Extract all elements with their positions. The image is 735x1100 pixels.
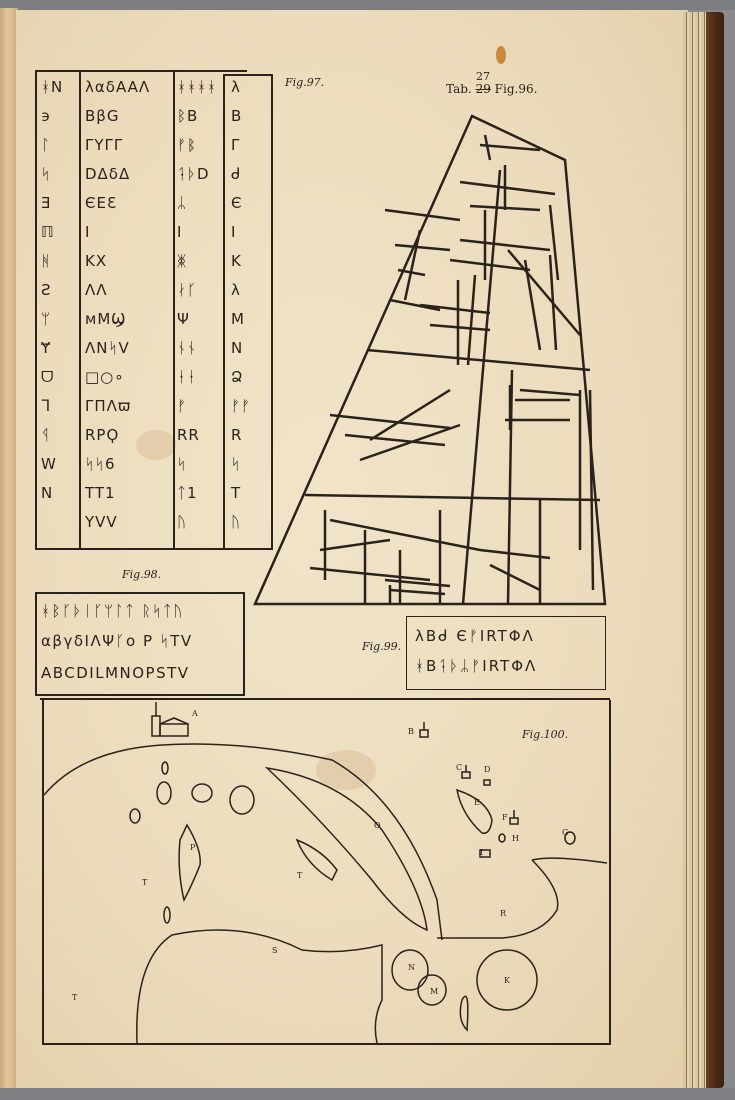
rune-cell: KX [85, 252, 107, 270]
rune-cell: ᚢ [177, 513, 187, 531]
rune-cell: N [41, 484, 53, 502]
rune-cell: B [231, 107, 242, 125]
rune-cell: RR [177, 426, 200, 444]
rune-cell: I [231, 223, 236, 241]
rune-cell: ᛑᚦD [177, 165, 210, 183]
rune-cell: Ձ [231, 368, 243, 386]
tab-prefix: Tab. [446, 82, 472, 96]
scan-background-top [0, 0, 735, 10]
rune-cell: ᚠᛔ [177, 136, 197, 154]
rune-cell: Ǝ [41, 194, 51, 212]
rune-cell: ᗜ [41, 368, 54, 386]
tab-number-corrected: 27 [476, 70, 490, 83]
rune-cell: BβG [85, 107, 120, 125]
fig98-label: Fig.98. [122, 568, 161, 581]
rune-cell: M [231, 310, 245, 328]
column-divider [79, 72, 81, 548]
rune-cell: ᛒB [177, 107, 198, 125]
rune-cell: ᚠ [177, 397, 187, 415]
map-label: F [502, 813, 508, 822]
rune-cell: ΛNᛋV [85, 339, 130, 357]
map-label: G [562, 828, 568, 837]
fig98-row-runes: ᚼᛒᚴᚦᛁᚴᛘᛚᛏ ᚱᛋᛏᚢ [41, 602, 184, 620]
map-label: E [474, 798, 480, 807]
rune-cell: TT1 [85, 484, 116, 502]
rune-cell: I [85, 223, 90, 241]
map-label: N [408, 963, 415, 972]
fig99-label: Fig.99. [362, 640, 401, 653]
rune-cell: ᚽᚽ [177, 368, 197, 386]
rune-cell: ᛤ [177, 252, 187, 270]
rune-cell: λ [231, 78, 241, 96]
map-label: P [190, 843, 196, 852]
rune-cell: ᚻ [41, 252, 51, 270]
fig98-rune-alphabet: ᚼᛒᚴᚦᛁᚴᛘᛚᛏ ᚱᛋᛏᚢ αβγδIΛΨᚴo P ᛋTV ABCDILMNO… [35, 592, 245, 696]
fig98-row-greek: αβγδIΛΨᚴo P ᛋTV [41, 632, 193, 650]
map-label: I [480, 848, 483, 857]
rune-cell: ΛΛ [85, 281, 108, 299]
rune-cell: ΓΠΛϖ [85, 397, 131, 415]
scan-background-bottom [0, 1088, 735, 1100]
rune-cell: ᚢ [231, 513, 241, 531]
rune-cell: ᛚ [41, 136, 51, 154]
rune-cell: K [231, 252, 242, 270]
tab-number-struck: 29 [476, 82, 491, 96]
rune-cell: ΓΥΓΓ [85, 136, 123, 154]
map-label: K [504, 976, 511, 985]
map-label: D [484, 765, 490, 774]
rune-cell: RPϘ [85, 426, 119, 444]
rune-cell: ᛩ [41, 426, 51, 444]
rune-cell: ᛋ [41, 165, 51, 183]
table-frame [35, 70, 247, 550]
rune-cell: Є [231, 194, 242, 212]
rune-cell: Ƨ [41, 281, 52, 299]
map-label: A [191, 709, 198, 718]
fig97-rune-table: ᚼN϶ᛚᛋƎℿᚻƧᛘɎᗜᒣᛩWNλαδAAΛBβGΓΥΓΓDΔδΔЄEƐIKXΛ… [35, 70, 273, 550]
fig99-rune-comparison: λBᑯ ЄᚠIRTΦΛ ᚼBᛑᚦᛦᚠIRTΦΛ [406, 616, 606, 690]
rune-cell: ᑯ [231, 165, 241, 183]
map-label: H [512, 834, 519, 843]
rune-cell: ᛦ [177, 194, 187, 212]
rune-cell: YVV [85, 513, 118, 531]
rune-cell: ᒣ [41, 397, 51, 415]
ink-stain [496, 46, 506, 64]
fig96-label: Fig.96. [495, 82, 538, 96]
rune-cell: T [231, 484, 241, 502]
rune-cell: ᚼᚼᚼᚼ [177, 78, 217, 96]
rune-cell: ᚠᚠ [231, 397, 251, 415]
fig99-row-1: λBᑯ ЄᚠIRTΦΛ [415, 627, 535, 645]
rune-cell: DΔδΔ [85, 165, 130, 183]
rune-cell: Ɏ [41, 339, 51, 357]
rune-cell: ᚾᚾ [177, 339, 197, 357]
rune-cell: ᛋ [231, 455, 241, 473]
rune-cell: ᚼN [41, 78, 63, 96]
map-label: B [408, 727, 414, 736]
fig99-row-2: ᚼBᛑᚦᛦᚠIRTΦΛ [415, 657, 537, 675]
rune-cell: Ψ [177, 310, 190, 328]
rune-cell: W [41, 455, 57, 473]
rune-cell: ᛋ [177, 455, 187, 473]
rune-cell: λαδAAΛ [85, 78, 150, 96]
rune-cell: □○∘ [85, 368, 125, 386]
rune-cell: Γ [231, 136, 240, 154]
map-label: T [297, 871, 303, 880]
plate-header: 27 Tab. 29 Fig.96. [446, 74, 537, 96]
fig100-map-drawing: ABCDEFGHIKMNOPRSTTT [42, 700, 607, 1043]
column-divider [173, 72, 175, 548]
rune-cell: I [177, 223, 182, 241]
rune-cell: ᴍMϢ [85, 310, 126, 328]
rune-cell: R [231, 426, 242, 444]
rune-cell: λ [231, 281, 241, 299]
rune-cell: ϶ [41, 107, 51, 125]
map-label: R [500, 909, 507, 918]
map-label: T [72, 993, 78, 1002]
map-label: S [272, 946, 277, 955]
rune-cell: ᛏ1 [177, 484, 198, 502]
rune-cell: ᛅᚴ [177, 281, 197, 299]
page-edges [683, 12, 707, 1090]
map-label: O [374, 821, 381, 830]
map-label: M [430, 987, 438, 996]
rune-cell: N [231, 339, 243, 357]
fig96-runestone-drawing [250, 110, 615, 610]
fig98-row-latin: ABCDILMNOPSTV [41, 664, 190, 682]
rune-cell: ЄEƐ [85, 194, 117, 212]
rune-cell: ᛋᛋ6 [85, 455, 116, 473]
book-spine [706, 12, 724, 1088]
rune-cell: ℿ [41, 223, 55, 241]
map-label: C [456, 763, 462, 772]
map-label: T [142, 878, 148, 887]
rune-cell: ᛘ [41, 310, 51, 328]
fig97-label: Fig.97. [285, 76, 324, 89]
